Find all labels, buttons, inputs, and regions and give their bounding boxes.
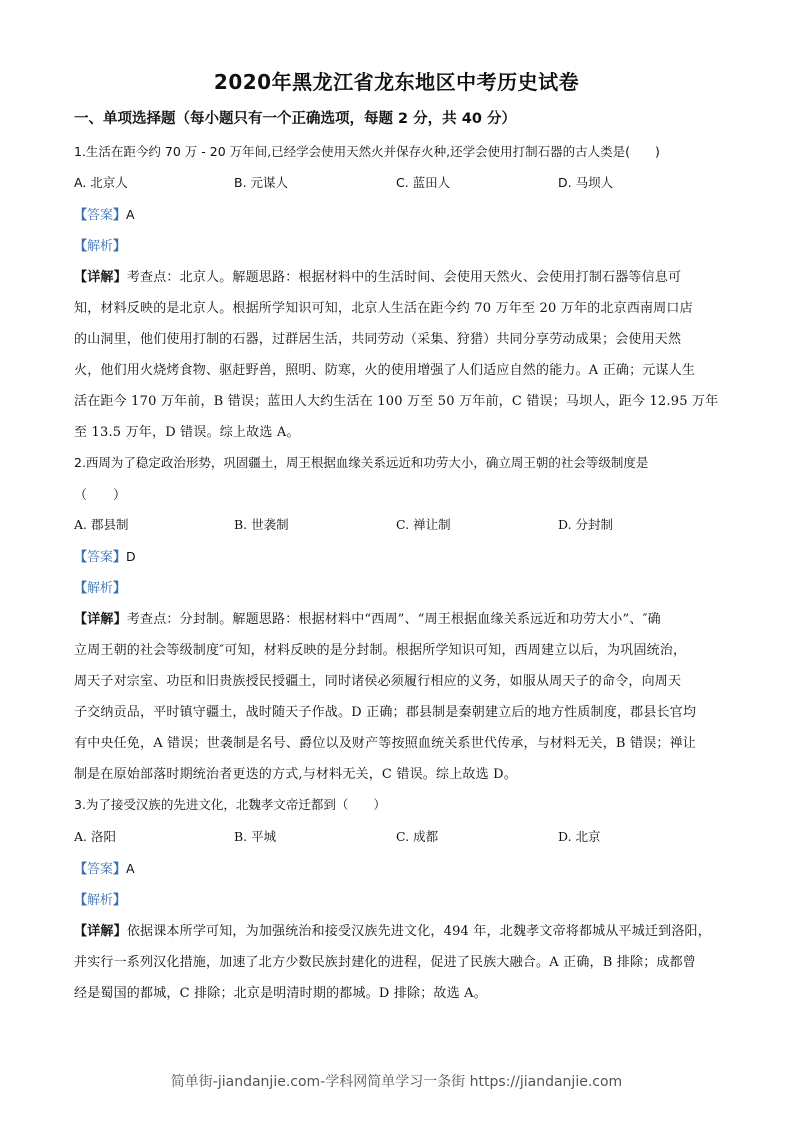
answer-tag: 答案 <box>87 208 113 223</box>
option-a: A. 洛阳 <box>74 827 116 845</box>
detail-line: 【详解】考查点：北京人。解题思路：根据材料中的生活时间、会使用天然火、会使用打制… <box>74 266 681 285</box>
detail-line: 知，材料反映的是北京人。根据所学知识可知，北京人生活在距今约 70 万年至 20… <box>74 297 693 316</box>
option-b: B. 元谋人 <box>234 173 288 191</box>
question-2-stem-cont: （ ） <box>74 484 126 503</box>
option-c: C. 蓝田人 <box>396 173 450 191</box>
detail-line: 经是蜀国的都城，C 排除；北京是明清时期的都城。D 排除；故选 A。 <box>74 982 487 1001</box>
exam-page: 2020年黑龙江省龙东地区中考历史试卷 一、单项选择题（每小题只有一个正确选项，… <box>0 0 793 1122</box>
detail-line: 制是在原始部落时期统治者更迭的方式,与材料无关，C 错误。综上故选 D。 <box>74 763 517 782</box>
detail-line: 子交纳贡品，平时镇守疆土，战时随天子作战。D 正确；郡县制是秦朝建立后的地方性质… <box>74 701 696 720</box>
option-d: D. 北京 <box>558 827 601 845</box>
question-3-stem: 3.为了接受汉族的先进文化，北魏孝文帝迁都到（ ） <box>74 795 386 813</box>
analysis-heading: 【解析】 <box>74 577 126 596</box>
answer-value: A <box>126 207 135 222</box>
question-2-stem: 2.西周为了稳定政治形势，巩固疆土，周王根据血缘关系远近和功劳大小，确立周王朝的… <box>74 453 648 471</box>
detail-line: 火，他们用火烧烤食物、驱赶野兽，照明、防寒，火的使用增强了人们适应自然的能力。A… <box>74 359 695 378</box>
option-a: A. 郡县制 <box>74 515 128 533</box>
question-3-options: A. 洛阳 B. 平城 C. 成都 D. 北京 <box>74 827 754 847</box>
answer-value: D <box>126 549 136 564</box>
detail-line: 的山洞里，他们使用打制的石器，过群居生活，共同劳动（采集、狩猎）共同分享劳动成果… <box>74 328 681 347</box>
detail-line: 至 13.5 万年，D 错误。综上故选 A。 <box>74 421 300 440</box>
footer-watermark: 简单街-jiandanjie.com-学科网简单学习一条街 https://ji… <box>0 1071 793 1091</box>
question-1-options: A. 北京人 B. 元谋人 C. 蓝田人 D. 马坝人 <box>74 173 754 193</box>
detail-tag: 详解 <box>87 612 113 627</box>
detail-line: 有中央任免，A 错误；世袭制是名号、爵位以及财产等按照血统关系世代传承，与材料无… <box>74 732 696 751</box>
detail-line: 周天子对宗室、功臣和旧贵族授民授疆土，同时诸侯必须履行相应的义务，如服从周天子的… <box>74 670 681 689</box>
option-b: B. 平城 <box>234 827 276 845</box>
answer-tag: 答案 <box>87 550 113 565</box>
detail-tag: 详解 <box>87 924 113 939</box>
detail-line: 活在距今 170 万年前，B 错误；蓝田人大约生活在 100 万至 50 万年前… <box>74 390 718 409</box>
page-title: 2020年黑龙江省龙东地区中考历史试卷 <box>0 66 793 95</box>
analysis-tag: 解析 <box>87 893 113 908</box>
detail-tag: 详解 <box>87 270 113 285</box>
detail-line: 【详解】依据课本所学可知，为加强统治和接受汉族先进文化，494 年，北魏孝文帝将… <box>74 920 711 939</box>
answer-line: 【答案】A <box>74 204 135 223</box>
analysis-heading: 【解析】 <box>74 235 126 254</box>
answer-value: A <box>126 861 135 876</box>
option-c: C. 成都 <box>396 827 438 845</box>
detail-line: 并实行一系列汉化措施，加速了北方少数民族封建化的进程，促进了民族大融合。A 正确… <box>74 951 696 970</box>
option-b: B. 世袭制 <box>234 515 289 533</box>
analysis-heading: 【解析】 <box>74 889 126 908</box>
analysis-tag: 解析 <box>87 239 113 254</box>
answer-line: 【答案】D <box>74 546 136 565</box>
answer-line: 【答案】A <box>74 858 135 877</box>
section-heading: 一、单项选择题（每小题只有一个正确选项，每题 2 分，共 40 分） <box>74 107 516 128</box>
analysis-tag: 解析 <box>87 581 113 596</box>
option-d: D. 分封制 <box>558 515 613 533</box>
question-2-options: A. 郡县制 B. 世袭制 C. 禅让制 D. 分封制 <box>74 515 754 535</box>
option-a: A. 北京人 <box>74 173 128 191</box>
question-1-stem: 1.生活在距今约 70 万 - 20 万年间,已经学会使用天然火并保存火种,还学… <box>74 142 660 160</box>
detail-line: 立周王朝的社会等级制度″可知，材料反映的是分封制。根据所学知识可知，西周建立以后… <box>74 639 686 658</box>
option-c: C. 禅让制 <box>396 515 451 533</box>
detail-line: 【详解】考查点：分封制。解题思路：根据材料中“西周”、“周王根据血缘关系远近和功… <box>74 608 661 627</box>
answer-tag: 答案 <box>87 862 113 877</box>
option-d: D. 马坝人 <box>558 173 613 191</box>
